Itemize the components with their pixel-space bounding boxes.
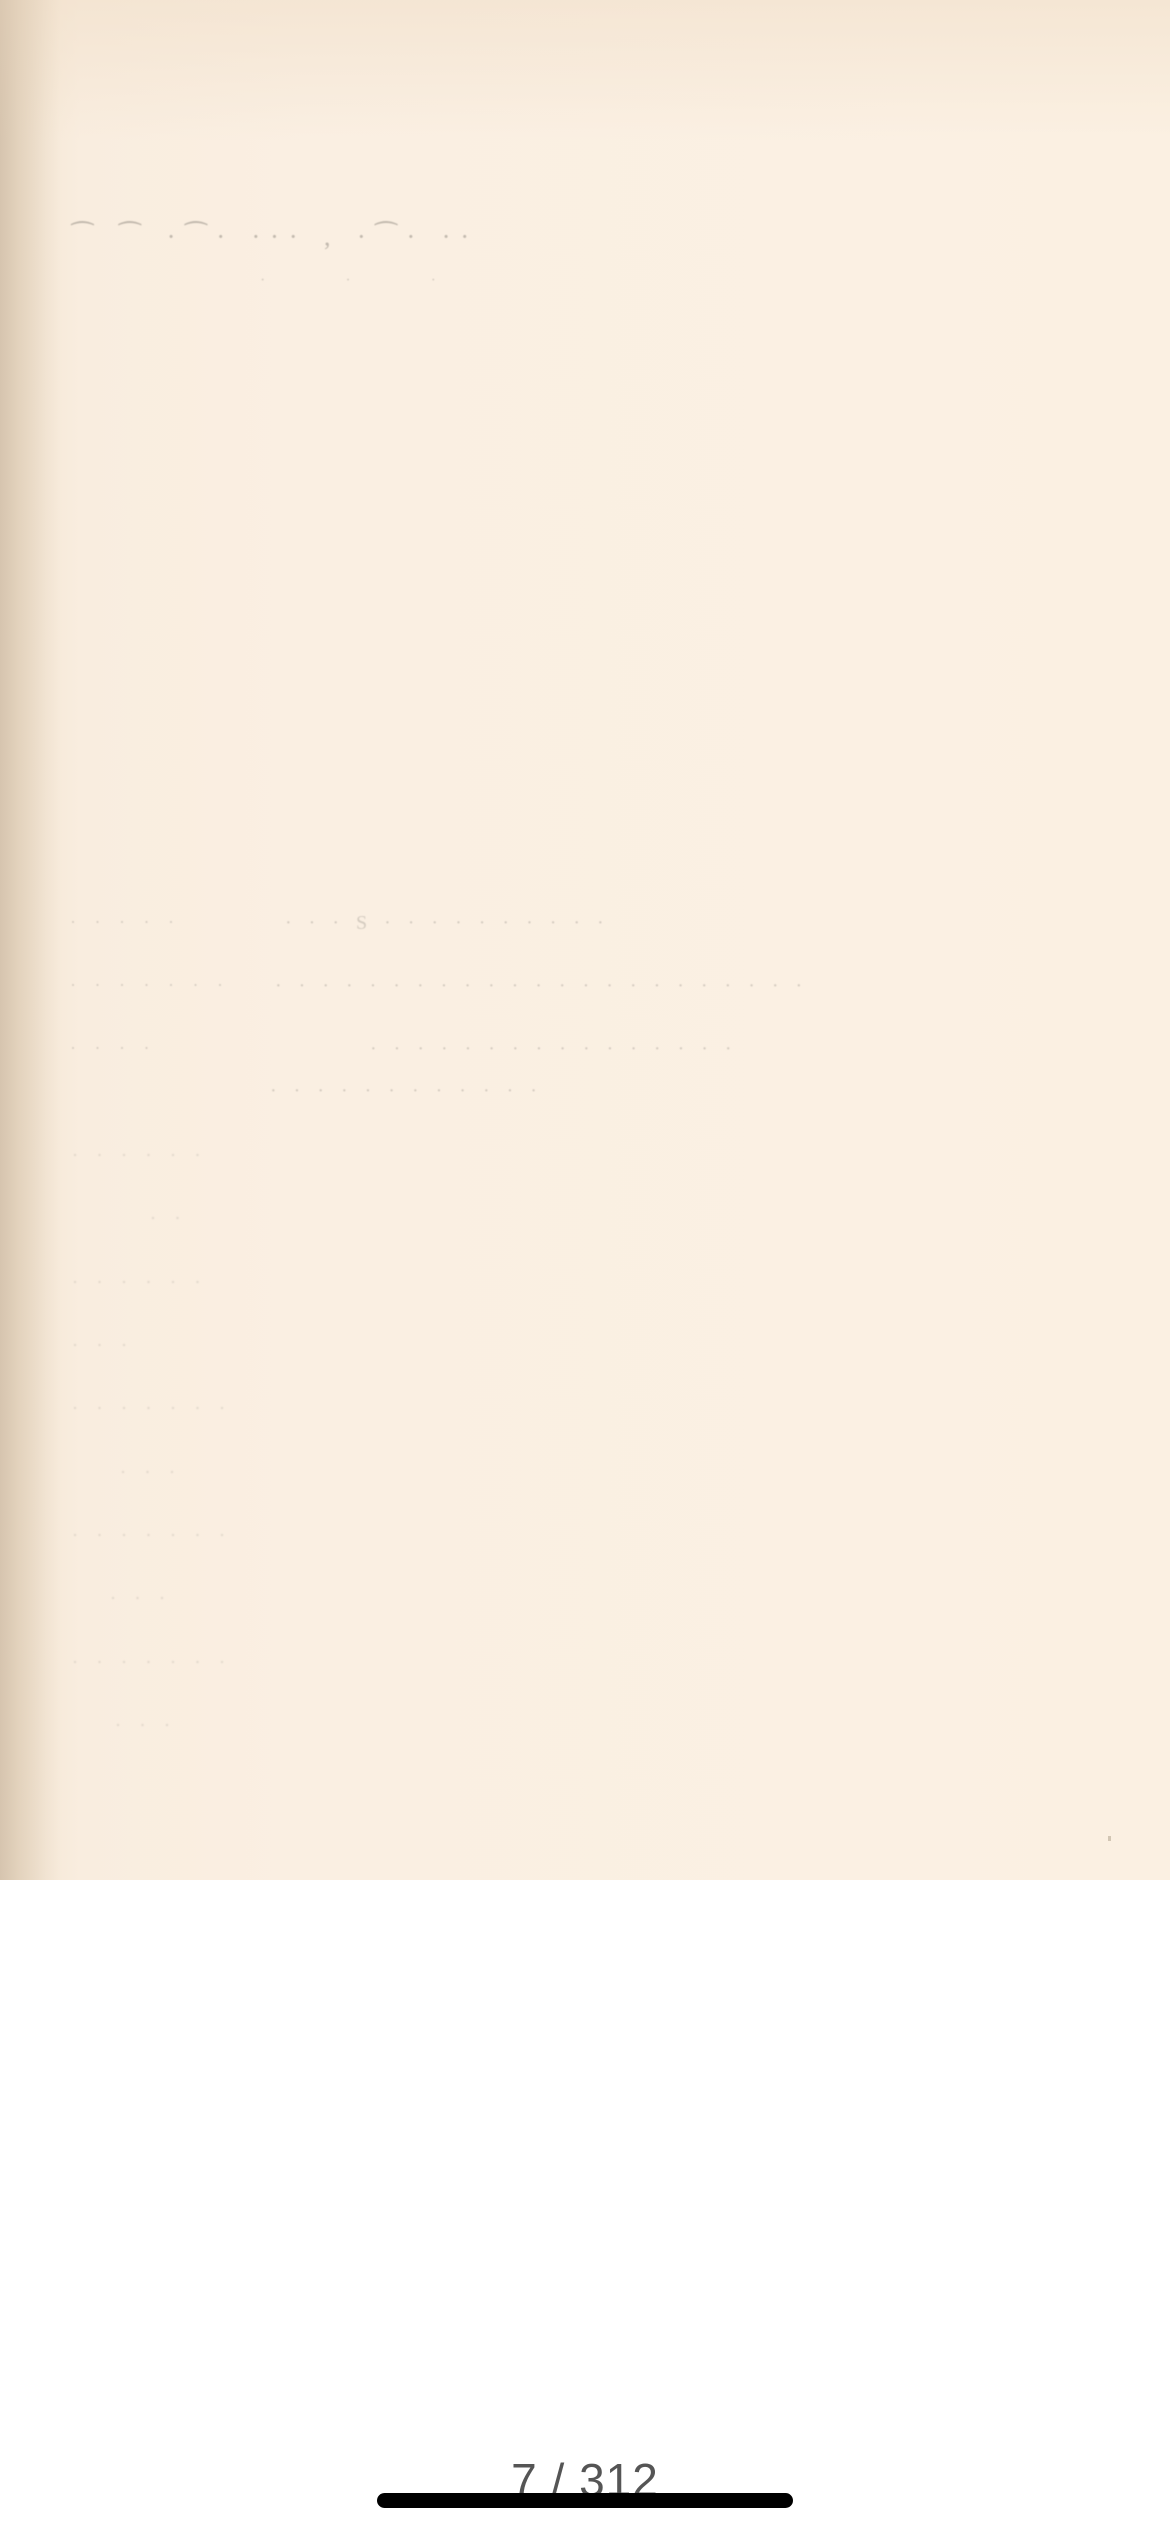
list-item: · · · · · · · xyxy=(72,1525,232,1546)
list-item: · · · · · · · xyxy=(72,1398,232,1419)
entry-row: · · · · · · · · · · · · · · · · · · · · … xyxy=(70,975,1070,1015)
entry-text: · · · S · · · · · · · · · · xyxy=(285,912,610,935)
scanned-page[interactable]: ⁀ ⁀ ·⁀· ··· , ·⁀· ·· · · · · · · · · · ·… xyxy=(0,0,1170,1880)
page-heading: ⁀ ⁀ ·⁀· ··· , ·⁀· ·· xyxy=(72,222,479,252)
entry-row: · · · · · · · · S · · · · · · · · · · xyxy=(70,912,1070,952)
entry-label: · · · · xyxy=(70,1038,156,1059)
document-viewer: ⁀ ⁀ ·⁀· ··· , ·⁀· ·· · · · · · · · · · ·… xyxy=(0,0,1170,2532)
list-item: · · · · · · xyxy=(72,1272,207,1293)
list-item: · · · xyxy=(110,1588,172,1609)
entry-row: · · · · · · · · · · · · · · · · · · · · xyxy=(70,1038,1070,1078)
entry-text: · · · · · · · · · · · · · · · · · · · · … xyxy=(275,975,808,998)
list-item: · · · · · · · xyxy=(72,1652,232,1673)
entry-text: · · · · · · · · · · · · · · · · xyxy=(370,1038,738,1061)
list-item: · · xyxy=(150,1208,188,1229)
list-item: · · · · · · xyxy=(72,1145,207,1166)
entry-row: · · · · · · · · · · · · xyxy=(70,1080,1070,1120)
list-item: · · · xyxy=(120,1462,182,1483)
entry-text: · · · · · · · · · · · · xyxy=(270,1080,543,1103)
list-item: · · · xyxy=(115,1715,177,1736)
entry-label: · · · · · xyxy=(70,912,181,933)
page-subheading: · · · xyxy=(260,272,474,290)
entry-label: · · · · · · · xyxy=(70,975,230,996)
page-mark xyxy=(1108,1836,1111,1841)
home-indicator-bar[interactable] xyxy=(377,2493,793,2508)
list-item: · · · xyxy=(72,1335,134,1356)
